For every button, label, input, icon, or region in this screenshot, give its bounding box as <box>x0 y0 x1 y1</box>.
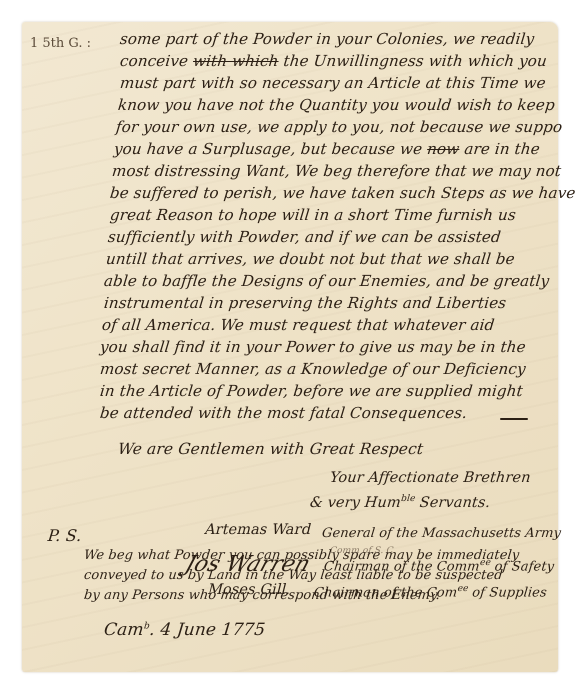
closing-dash <box>500 418 528 420</box>
dateline-place: Cam <box>103 620 145 640</box>
signature-artemas-ward: Artemas Ward <box>203 522 313 538</box>
body-line-5: for your own use, we apply to you, not b… <box>115 118 563 136</box>
closing-suffix: Servants. <box>414 495 491 511</box>
folio-mark: 1 5th G. : <box>30 36 91 51</box>
closing-line-2: & very Humble Servants. <box>309 494 491 511</box>
dateline: Camb. 4 June 1775 <box>103 620 266 640</box>
body-line-8: be suffered to perish, we have taken suc… <box>109 184 576 202</box>
closing-sup: ble <box>401 494 416 504</box>
postscript-line-2: conveyed to us by Land in the Way least … <box>83 568 503 583</box>
closing-prefix: & very Hum <box>309 495 401 511</box>
body-line-18: be attended with the most fatal Conseque… <box>99 404 468 422</box>
body-line-9: great Reason to hope will in a short Tim… <box>109 206 517 224</box>
body-line-3: must part with so necessary an Article a… <box>119 74 547 92</box>
body-line-7: most distressing Want, We beg therefore … <box>111 162 562 180</box>
body-line-1: some part of the Powder in your Colonies… <box>119 30 535 48</box>
closing-line-1: Your Affectionate Brethren <box>329 470 531 486</box>
body-line-6-b: are in the <box>463 140 540 158</box>
body-line-15: you shall find it in your Power to give … <box>99 338 527 356</box>
signature-title-ward: General of the Massachusetts Army <box>321 526 562 541</box>
body-line-17: in the Article of Powder, before we are … <box>99 382 524 400</box>
dateline-date: . 4 June 1775 <box>148 620 266 640</box>
body-line-14: of all America. We must request that wha… <box>101 316 495 334</box>
body-line-4: know you have not the Quantity you would… <box>117 96 556 114</box>
body-line-2-rest: the Unwillingness with which you <box>283 52 548 70</box>
body-line-2: conceive with which the Unwillingness wi… <box>119 52 548 70</box>
struck-text: with which <box>192 52 279 70</box>
postscript-line-3: by any Persons who may correspond with t… <box>83 588 441 603</box>
body-line-16: most secret Manner, as a Knowledge of ou… <box>99 360 527 378</box>
struck-text-2: now <box>426 140 460 158</box>
salutation: We are Gentlemen with Great Respect <box>117 440 424 458</box>
body-line-11: untill that arrives, we doubt not but th… <box>105 250 516 268</box>
title-suffix: of Supplies <box>467 585 547 600</box>
body-line-6-a: you have a Surplusage, but because we <box>113 140 423 158</box>
body-line-12: able to baffle the Designs of our Enemie… <box>103 272 550 290</box>
postscript-label: P. S. <box>47 526 83 545</box>
postscript-line-1: We beg what Powder you can possibly spar… <box>83 548 520 563</box>
body-line-2-prefix: conceive <box>119 52 189 70</box>
body-line-6: you have a Surplusage, but because we no… <box>113 140 541 158</box>
body-line-10: sufficiently with Powder, and if we can … <box>107 228 502 246</box>
body-line-13: instrumental in preserving the Rights an… <box>103 294 507 312</box>
